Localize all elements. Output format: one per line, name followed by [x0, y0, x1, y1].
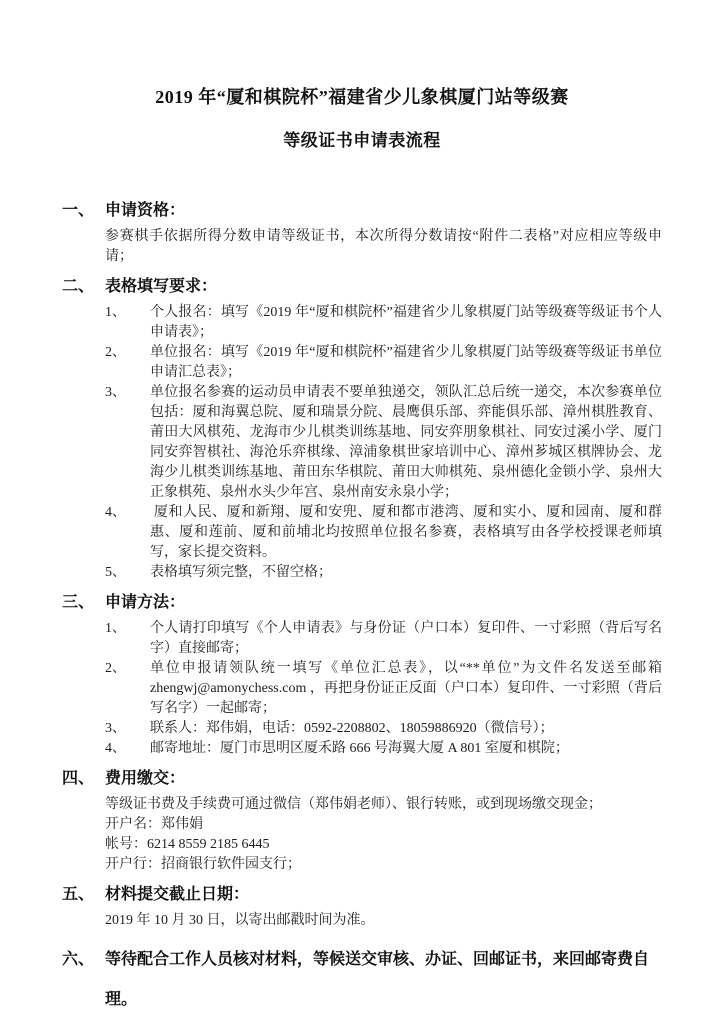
- list-item: 2、单位申报请领队统一填写《单位汇总表》，以“**单位”为文件名发送至邮箱 zh…: [105, 659, 662, 719]
- paragraph: 2019 年 10 月 30 日，以寄出邮戳时间为准。: [105, 911, 662, 931]
- section-heading: 申请方法：: [105, 592, 662, 614]
- item-text: 联系人：郑伟娟，电话：0592-2208802、18059886920（微信号）…: [150, 719, 662, 739]
- item-text: 个人报名：填写《2019 年“厦和棋院杯”福建省少儿象棋厦门站等级赛等级证书个人…: [150, 303, 662, 343]
- paragraph: 参赛棋手依据所得分数申请等级证书，本次所得分数请按“附件二表格”对应相应等级申请…: [105, 227, 662, 267]
- paragraph: 帐号：6214 8559 2185 6445: [105, 835, 662, 855]
- section-number: 六、: [62, 940, 105, 980]
- section: 四、费用缴交：等级证书费及手续费可通过微信（郑伟娟老师）、银行转账，或到现场缴交…: [62, 768, 662, 875]
- item-text: 单位报名参赛的运动员申请表不要单独递交，领队汇总后统一递交，本次参赛单位包括：厦…: [150, 383, 662, 503]
- section-heading-row: 一、申请资格：: [62, 200, 662, 222]
- section-heading-row: 二、表格填写要求：: [62, 276, 662, 298]
- item-text: 厦和人民、厦和新翔、厦和安兜、厦和都市港湾、厦和实小、厦和园南、厦和群惠、厦和莲…: [150, 503, 662, 563]
- section-number: 二、: [62, 276, 105, 298]
- paragraph: 等级证书费及手续费可通过微信（郑伟娟老师）、银行转账，或到现场缴交现金；: [105, 795, 662, 815]
- item-text: 邮寄地址：厦门市思明区厦禾路 666 号海翼大厦 A 801 室厦和棋院；: [150, 739, 662, 759]
- item-text: 单位报名：填写《2019 年“厦和棋院杯”福建省少儿象棋厦门站等级赛等级证书单位…: [150, 343, 662, 383]
- item-text: 表格填写须完整，不留空格；: [150, 563, 662, 583]
- section-number: 三、: [62, 592, 105, 614]
- section-heading: 等待配合工作人员核对材料，等候送交审核、办证、回邮证书，来回邮寄费自理。: [105, 940, 662, 1020]
- section: 三、申请方法：1、个人请打印填写《个人申请表》与身份证（户口本）复印件、一寸彩照…: [62, 592, 662, 759]
- section-heading: 申请资格：: [105, 200, 662, 222]
- section: 六、等待配合工作人员核对材料，等候送交审核、办证、回邮证书，来回邮寄费自理。: [62, 940, 662, 1020]
- section-heading-row: 五、材料提交截止日期：: [62, 884, 662, 906]
- list-item: 4、邮寄地址：厦门市思明区厦禾路 666 号海翼大厦 A 801 室厦和棋院；: [105, 739, 662, 759]
- list-item: 1、个人报名：填写《2019 年“厦和棋院杯”福建省少儿象棋厦门站等级赛等级证书…: [105, 303, 662, 343]
- section: 二、表格填写要求：1、个人报名：填写《2019 年“厦和棋院杯”福建省少儿象棋厦…: [62, 276, 662, 583]
- item-text: 单位申报请领队统一填写《单位汇总表》，以“**单位”为文件名发送至邮箱 zhen…: [150, 659, 662, 719]
- section-heading-row: 三、申请方法：: [62, 592, 662, 614]
- section: 一、申请资格：参赛棋手依据所得分数申请等级证书，本次所得分数请按“附件二表格”对…: [62, 200, 662, 267]
- list-item: 1、个人请打印填写《个人申请表》与身份证（户口本）复印件、一寸彩照（背后写名字）…: [105, 619, 662, 659]
- item-number: 3、: [105, 719, 150, 739]
- item-text: 个人请打印填写《个人申请表》与身份证（户口本）复印件、一寸彩照（背后写名字）直接…: [150, 619, 662, 659]
- item-number: 2、: [105, 343, 150, 363]
- section-heading: 费用缴交：: [105, 768, 662, 790]
- item-number: 4、: [105, 739, 150, 759]
- item-number: 5、: [105, 563, 150, 583]
- section-number: 五、: [62, 884, 105, 906]
- section-number: 四、: [62, 768, 105, 790]
- document-title: 2019 年“厦和棋院杯”福建省少儿象棋厦门站等级赛: [62, 84, 662, 110]
- section-number: 一、: [62, 200, 105, 222]
- item-number: 1、: [105, 303, 150, 323]
- item-number: 2、: [105, 659, 150, 679]
- sections: 一、申请资格：参赛棋手依据所得分数申请等级证书，本次所得分数请按“附件二表格”对…: [62, 200, 662, 1020]
- item-number: 4、: [105, 503, 150, 523]
- item-number: 3、: [105, 383, 150, 403]
- list-item: 3、单位报名参赛的运动员申请表不要单独递交，领队汇总后统一递交，本次参赛单位包括…: [105, 383, 662, 503]
- list-item: 3、联系人：郑伟娟，电话：0592-2208802、18059886920（微信…: [105, 719, 662, 739]
- section: 五、材料提交截止日期：2019 年 10 月 30 日，以寄出邮戳时间为准。: [62, 884, 662, 931]
- document-page: 2019 年“厦和棋院杯”福建省少儿象棋厦门站等级赛 等级证书申请表流程 一、申…: [0, 0, 724, 1024]
- section-heading-row: 四、费用缴交：: [62, 768, 662, 790]
- paragraph: 开户名：郑伟娟: [105, 815, 662, 835]
- section-heading: 材料提交截止日期：: [105, 884, 662, 906]
- section-heading: 表格填写要求：: [105, 276, 662, 298]
- list-item: 4、 厦和人民、厦和新翔、厦和安兜、厦和都市港湾、厦和实小、厦和园南、厦和群惠、…: [105, 503, 662, 563]
- paragraph: 开户行：招商银行软件园支行；: [105, 855, 662, 875]
- section-heading-row: 六、等待配合工作人员核对材料，等候送交审核、办证、回邮证书，来回邮寄费自理。: [62, 940, 662, 1020]
- item-number: 1、: [105, 619, 150, 639]
- list-item: 2、单位报名：填写《2019 年“厦和棋院杯”福建省少儿象棋厦门站等级赛等级证书…: [105, 343, 662, 383]
- list-item: 5、表格填写须完整，不留空格；: [105, 563, 662, 583]
- document-subtitle: 等级证书申请表流程: [62, 128, 662, 154]
